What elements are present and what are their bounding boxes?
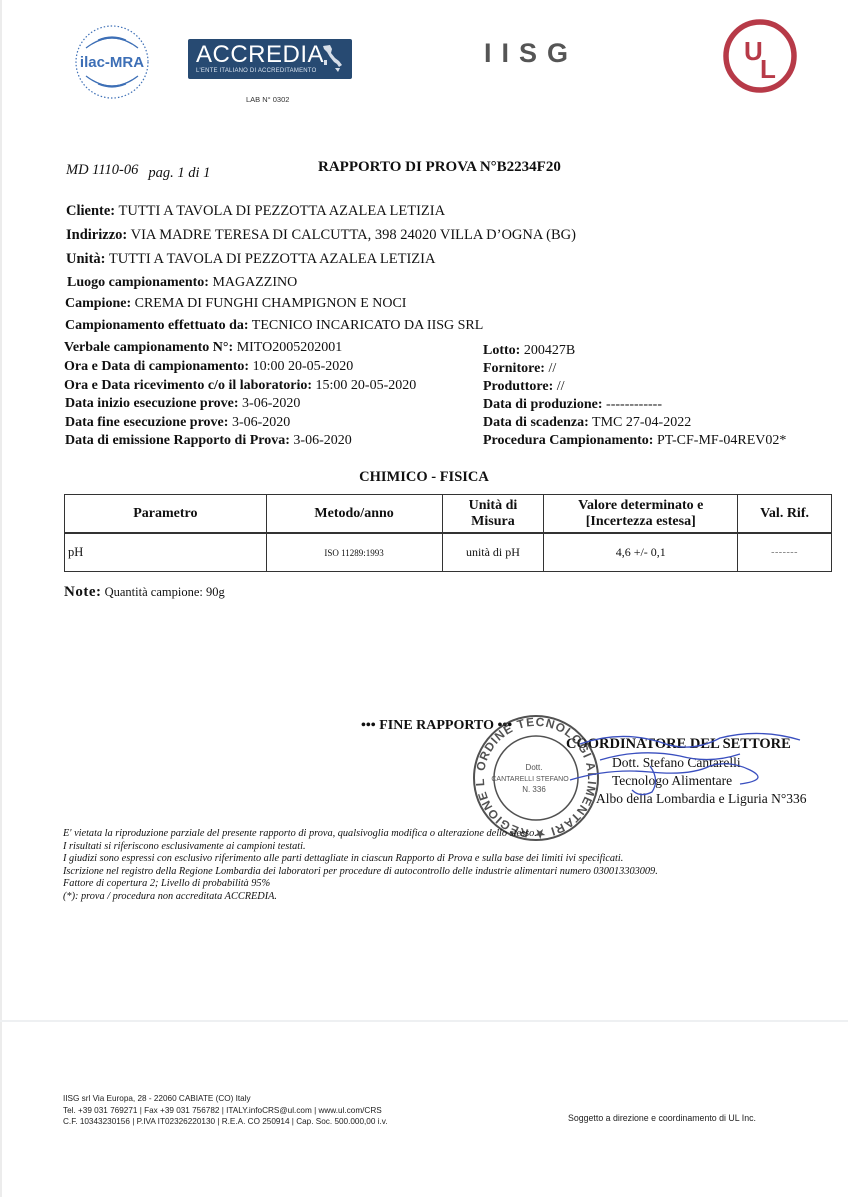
field-indirizzo: Indirizzo: VIA MADRE TERESA DI CALCUTTA,… — [66, 227, 576, 244]
footer-ul-notice: Soggetto a direzione e coordinamento di … — [568, 1113, 756, 1123]
table-row: pH ISO 11289:1993 unità di pH 4,6 +/- 0,… — [65, 533, 832, 572]
field-cliente: Cliente: TUTTI A TAVOLA DI PEZZOTTA AZAL… — [66, 203, 445, 220]
field-unita: Unità: TUTTI A TAVOLA DI PEZZOTTA AZALEA… — [66, 251, 435, 268]
header-valore: Valore determinato e [Incertezza estesa] — [544, 495, 738, 534]
accredia-logo: ACCREDIA L'ENTE ITALIANO DI ACCREDITAMEN… — [188, 39, 352, 79]
cell-unita: unità di pH — [442, 533, 544, 572]
results-table: Parametro Metodo/anno Unità di Misura Va… — [64, 494, 832, 572]
handwritten-signature — [540, 720, 810, 810]
accredia-name: ACCREDIA — [196, 41, 324, 69]
ilac-mra-logo: ilac-MRA — [68, 22, 156, 102]
header-metodo: Metodo/anno — [266, 495, 442, 534]
footer-address: IISG srl Via Europa, 28 - 22060 CABIATE … — [63, 1093, 388, 1105]
footer-company-info: IISG srl Via Europa, 28 - 22060 CABIATE … — [63, 1093, 388, 1128]
page-fold-line — [0, 1020, 848, 1022]
field-produttore: Produttore: // — [483, 379, 565, 395]
ul-logo: U L — [720, 18, 800, 94]
header-unita: Unità di Misura — [442, 495, 544, 534]
accredia-tagline: L'ENTE ITALIANO DI ACCREDITAMENTO — [196, 68, 316, 74]
field-data-emissione: Data di emissione Rapporto di Prova: 3-0… — [65, 433, 352, 449]
report-title: RAPPORTO DI PROVA N°B2234F20 — [318, 159, 561, 176]
cell-valore: 4,6 +/- 0,1 — [544, 533, 738, 572]
field-campionamento-effettuato: Campionamento effettuato da: TECNICO INC… — [65, 318, 483, 334]
disclaimer: E' vietata la riproduzione parziale del … — [63, 828, 658, 903]
cell-parametro: pH — [65, 533, 267, 572]
field-campione: Campione: CREMA DI FUNGHI CHAMPIGNON E N… — [65, 296, 406, 312]
model-code: MD 1110-06pag. 1 di 1 — [66, 162, 210, 179]
scan-edge — [0, 0, 2, 1197]
page-indicator: pag. 1 di 1 — [148, 165, 210, 181]
field-ora-data-campionamento: Ora e Data di campionamento: 10:00 20-05… — [64, 359, 353, 375]
header-parametro: Parametro — [65, 495, 267, 534]
field-procedura-campionamento: Procedura Campionamento: PT-CF-MF-04REV0… — [483, 433, 786, 449]
field-data-fine: Data fine esecuzione prove: 3-06-2020 — [65, 415, 290, 431]
note-label: Note: — [64, 584, 101, 600]
header-val-rif: Val. Rif. — [738, 495, 832, 534]
cell-val-rif: ------- — [738, 533, 832, 572]
field-luogo: Luogo campionamento: MAGAZZINO — [67, 275, 297, 291]
svg-text:ilac-MRA: ilac-MRA — [80, 54, 144, 71]
field-verbale: Verbale campionamento N°: MITO2005202001 — [64, 340, 342, 356]
footer-contacts: Tel. +39 031 769271 | Fax +39 031 756782… — [63, 1105, 388, 1117]
field-data-produzione: Data di produzione: ------------ — [483, 397, 662, 413]
note: Note: Quantità campione: 90g — [64, 584, 225, 601]
footer-fiscal: C.F. 10343230156 | P.IVA IT02326220130 |… — [63, 1116, 388, 1128]
field-lotto: Lotto: 200427B — [483, 343, 575, 359]
field-data-inizio: Data inizio esecuzione prove: 3-06-2020 — [65, 396, 300, 412]
cell-metodo: ISO 11289:1993 — [266, 533, 442, 572]
note-text: Quantità campione: 90g — [105, 585, 225, 599]
section-title: CHIMICO - FISICA — [0, 469, 848, 486]
italy-map-icon — [320, 43, 344, 75]
svg-text:L: L — [760, 54, 776, 84]
iisg-logo: IISG — [484, 38, 578, 69]
field-ora-data-ricevimento: Ora e Data ricevimento c/o il laboratori… — [64, 378, 416, 394]
lab-number: LAB N° 0302 — [246, 95, 289, 104]
field-data-scadenza: Data di scadenza: TMC 27-04-2022 — [483, 415, 691, 431]
field-fornitore: Fornitore: // — [483, 361, 556, 377]
table-header-row: Parametro Metodo/anno Unità di Misura Va… — [65, 495, 832, 534]
